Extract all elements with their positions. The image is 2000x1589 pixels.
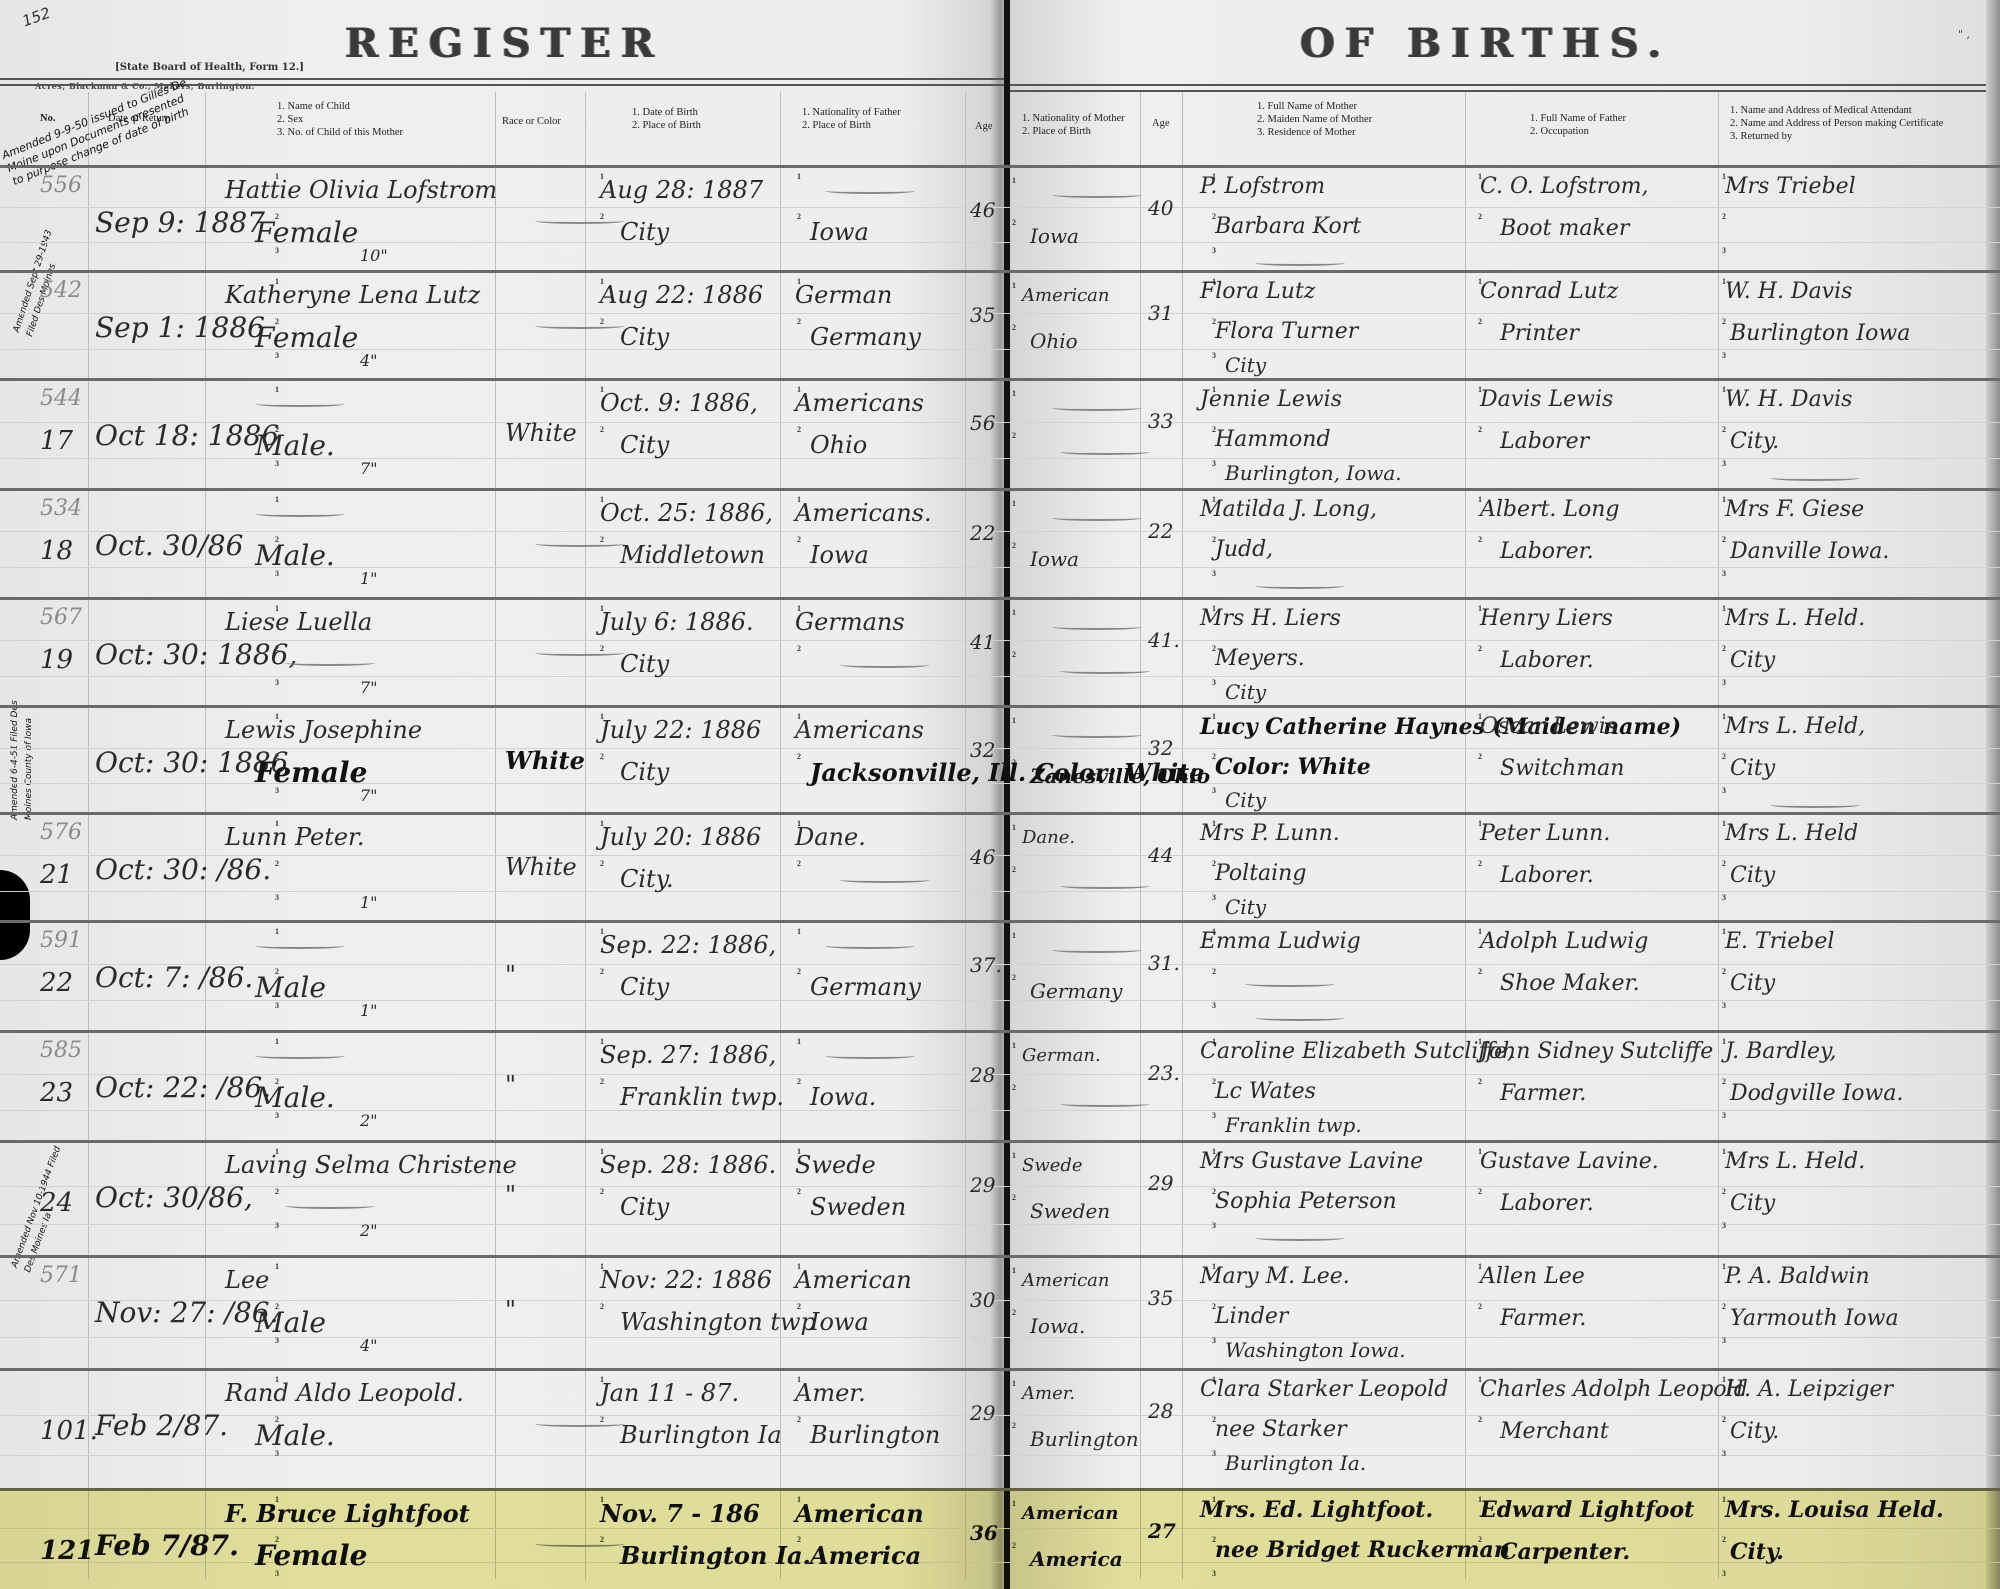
- header-birth: 1. Date of Birth2. Place of Birth: [632, 106, 701, 132]
- cell-certifier: City: [1730, 971, 1775, 996]
- cell-mother-birthplace: Iowa.: [1030, 1314, 1085, 1338]
- cell-father-nat: American: [795, 1266, 912, 1294]
- cell-attendant: Mrs Triebel: [1725, 174, 1856, 199]
- header-father-nationality: 1. Nationality of Father2. Place of Birt…: [802, 106, 901, 132]
- cell-father-name: C. O. Lofstrom,: [1480, 174, 1649, 199]
- line-marker: 1: [1012, 1151, 1016, 1160]
- cell-mother-birthplace: America: [1030, 1547, 1123, 1571]
- line-marker: 2: [1012, 973, 1016, 982]
- line-marker: 3: [1722, 1569, 1726, 1578]
- cell-father-name: Gustave Lavine.: [1480, 1149, 1659, 1174]
- line-marker: 2: [600, 967, 604, 976]
- cell-mother-name: Mrs Gustave Lavine: [1200, 1149, 1423, 1174]
- header-no: No.: [40, 112, 55, 125]
- line-marker: 3: [1212, 1336, 1216, 1345]
- line-marker: 1: [1012, 931, 1016, 940]
- line-marker: 2: [1722, 752, 1726, 761]
- cell-mother-maiden: Judd,: [1215, 537, 1273, 562]
- cell-mother-residence: City: [1225, 680, 1266, 704]
- cell-father-occupation: Printer: [1500, 321, 1579, 346]
- line-marker: 1: [1012, 608, 1016, 617]
- cell-father-age: 56: [970, 411, 995, 435]
- cell-father-birthplace: Germany: [810, 323, 921, 351]
- line-marker: 2: [1722, 967, 1726, 976]
- cell-child-name: Lewis Josephine: [225, 716, 422, 744]
- cell-attendant: Mrs L. Held.: [1725, 1149, 1865, 1174]
- cell-father-age: 29: [970, 1173, 995, 1197]
- cell-mother-name: Caroline Elizabeth Sutcliffe,: [1200, 1039, 1514, 1064]
- table-row: 12312121212312123571Nov: 27: /86.LeeMale…: [0, 1255, 2000, 1368]
- cell-father-nat: Germans: [795, 608, 905, 636]
- cell-mother-residence: Burlington, Iowa.: [1225, 461, 1402, 485]
- cell-child-no: 7": [360, 678, 378, 697]
- cell-faint-no: 576: [40, 820, 82, 845]
- cell-mother-age: 31: [1148, 301, 1173, 325]
- line-marker: 2: [797, 425, 801, 434]
- cell-mother-maiden: Poltaing: [1215, 861, 1306, 886]
- cell-father-nat: German: [795, 281, 892, 309]
- cell-birth-date: Oct. 25: 1886,: [600, 499, 773, 527]
- cell-date-of-return: Oct 18: 1886: [95, 419, 279, 452]
- cell-birth-place: Washington twp: [620, 1308, 816, 1336]
- cell-mother-nat: Swede: [1022, 1155, 1083, 1176]
- line-marker: 1: [1012, 1041, 1016, 1050]
- cell-father-birthplace: Germany: [810, 973, 921, 1001]
- line-marker: 2: [797, 1187, 801, 1196]
- ditto-dash: [1255, 1015, 1345, 1021]
- line-marker: 2: [600, 1077, 604, 1086]
- line-marker: 2: [1722, 644, 1726, 653]
- line-marker: 1: [1012, 823, 1016, 832]
- cell-father-occupation: Laborer.: [1500, 1191, 1594, 1216]
- cell-father-nat: Dane.: [795, 823, 866, 851]
- line-marker: 3: [1722, 1001, 1726, 1010]
- line-marker: 3: [1212, 1569, 1216, 1578]
- cell-birth-date: Nov. 7 - 186: [600, 1499, 760, 1528]
- cell-father-age: 30: [970, 1288, 995, 1312]
- ruled-line: [0, 855, 2000, 856]
- cell-father-nat: Amer.: [795, 1379, 866, 1407]
- line-marker: 2: [600, 752, 604, 761]
- cell-birth-date: July 20: 1886: [600, 823, 761, 851]
- ditto-dash: [1255, 1235, 1345, 1241]
- ditto-dash: [255, 401, 345, 407]
- cell-mother-age: 33: [1148, 409, 1173, 433]
- cell-birth-date: Sep. 27: 1886,: [600, 1041, 776, 1069]
- ditto-dash: [255, 511, 345, 517]
- cell-mother-nat: American: [1022, 285, 1110, 306]
- header-attendant: 1. Name and Address of Medical Attendant…: [1730, 104, 1943, 143]
- header-mother-age: Age: [1152, 117, 1170, 130]
- line-marker: 1: [1012, 281, 1016, 290]
- cell-certifier: City: [1730, 648, 1775, 673]
- table-row: 1231212121231212359122Oct: 7: /86.Male1"…: [0, 920, 2000, 1030]
- cell-attendant: Mrs L. Held: [1725, 821, 1858, 846]
- cell-father-occupation: Laborer: [1500, 429, 1589, 454]
- cell-mother-residence: Franklin twp.: [1225, 1113, 1362, 1137]
- cell-date-of-return: Oct: 7: /86.: [95, 961, 253, 994]
- ruled-line: [0, 1415, 2000, 1416]
- cell-mother-residence: City: [1225, 895, 1266, 919]
- table-row: 12312121212312123Oct: 30: 1886Lewis Jose…: [0, 705, 2000, 812]
- cell-father-occupation: Shoe Maker.: [1500, 971, 1640, 996]
- cell-child-no: 2": [360, 1111, 378, 1130]
- ruled-line: [0, 531, 2000, 532]
- cell-attendant: J. Bardley,: [1725, 1039, 1837, 1064]
- cell-child-no: 10": [360, 246, 388, 265]
- line-marker: 1: [275, 385, 279, 394]
- cell-father-name: Charles Adolph Leopold: [1480, 1377, 1748, 1402]
- line-marker: 3: [1722, 569, 1726, 578]
- line-marker: 1: [1012, 499, 1016, 508]
- cell-father-nat: Swede: [795, 1151, 876, 1179]
- line-marker: 3: [1212, 1001, 1216, 1010]
- ditto-dash: [825, 188, 915, 194]
- line-marker: 1: [797, 172, 801, 181]
- cell-father-age: 37.: [970, 953, 1002, 977]
- cell-sex: Female: [255, 1539, 367, 1572]
- ruled-line: [0, 1300, 2000, 1301]
- line-marker: 3: [1722, 459, 1726, 468]
- line-marker: 2: [1478, 1415, 1482, 1424]
- line-marker: 2: [1478, 425, 1482, 434]
- cell-faint-no: 567: [40, 605, 82, 630]
- cell-father-occupation: Farmer.: [1500, 1081, 1586, 1106]
- ledger-scan: 152 REGISTER [State Board of Health, For…: [0, 0, 2000, 1589]
- line-marker: 2: [1722, 859, 1726, 868]
- ditto-dash: [1052, 947, 1142, 953]
- ditto-dash: [255, 943, 345, 949]
- cell-birth-place: City: [620, 650, 669, 678]
- cell-mother-maiden: Barbara Kort: [1215, 214, 1361, 239]
- cell-child-name: F. Bruce Lightfoot: [225, 1499, 470, 1528]
- cell-child-no: 1": [360, 569, 378, 588]
- page-number: 152: [20, 4, 53, 31]
- cell-mother-birthplace: Sweden: [1030, 1199, 1110, 1223]
- line-marker: 2: [1012, 865, 1016, 874]
- cell-no: 24: [40, 1188, 73, 1218]
- cell-mother-maiden: Linder: [1215, 1304, 1288, 1329]
- line-marker: 2: [1722, 535, 1726, 544]
- line-marker: 2: [1478, 317, 1482, 326]
- cell-birth-place: Burlington Ia.: [620, 1541, 811, 1570]
- title-of-births: OF BIRTHS.: [1300, 20, 1671, 67]
- cell-date-of-return: Feb 7/87.: [95, 1529, 239, 1562]
- cell-race: ": [505, 1071, 516, 1099]
- cell-birth-place: City: [620, 758, 669, 786]
- line-marker: 3: [1212, 1449, 1216, 1458]
- cell-date-of-return: Oct: 30: 1886,: [95, 638, 297, 671]
- line-marker: 3: [275, 893, 279, 902]
- cell-father-occupation: Merchant: [1500, 1419, 1609, 1444]
- cell-father-name: Henry Liers: [1480, 606, 1613, 631]
- cell-mother-maiden: Color: White: [1215, 754, 1371, 780]
- cell-child-name: Lunn Peter.: [225, 823, 365, 851]
- line-marker: 2: [1012, 1193, 1016, 1202]
- title-register: REGISTER: [345, 20, 664, 67]
- line-marker: 3: [1212, 351, 1216, 360]
- line-marker: 3: [1212, 459, 1216, 468]
- cell-father-birthplace: America: [810, 1541, 921, 1570]
- line-marker: 1: [1012, 176, 1016, 185]
- cell-child-no: 2": [360, 1221, 378, 1240]
- cell-child-name: Katheryne Lena Lutz: [225, 281, 480, 309]
- line-marker: 2: [1478, 1302, 1482, 1311]
- cell-mother-name: Flora Lutz: [1200, 279, 1315, 304]
- table-row: 12312121212312123101.Feb 2/87.Rand Aldo …: [0, 1368, 2000, 1488]
- cell-child-no: 7": [360, 786, 378, 805]
- cell-father-age: 46: [970, 845, 995, 869]
- cell-father-occupation: Switchman: [1500, 756, 1624, 781]
- line-marker: 3: [1722, 246, 1726, 255]
- cell-faint-no: 585: [40, 1038, 82, 1063]
- cell-father-occupation: Boot maker: [1500, 216, 1629, 241]
- line-marker: 2: [1478, 644, 1482, 653]
- ditto-dash: [825, 943, 915, 949]
- cell-certifier: Danville Iowa.: [1730, 539, 1889, 564]
- cell-certifier: Yarmouth Iowa: [1730, 1306, 1899, 1331]
- cell-faint-no: 534: [40, 496, 82, 521]
- ditto-dash: [535, 541, 625, 547]
- line-marker: 3: [1722, 1221, 1726, 1230]
- line-marker: 2: [1478, 967, 1482, 976]
- cell-birth-place: City: [620, 1193, 669, 1221]
- cell-mother-age: 28: [1148, 1399, 1173, 1423]
- cell-mother-residence: Washington Iowa.: [1225, 1338, 1406, 1362]
- table-row: 1231212121231212353418Oct. 30/86Male.1"O…: [0, 488, 2000, 597]
- cell-father-birthplace: Iowa: [810, 541, 869, 569]
- cell-attendant: Mrs. Louisa Held.: [1725, 1497, 1944, 1523]
- cell-date-of-return: Sep 1: 1886: [95, 311, 265, 344]
- cell-certifier: City: [1730, 1191, 1775, 1216]
- ditto-dash: [1770, 475, 1860, 481]
- line-marker: 3: [1722, 1111, 1726, 1120]
- cell-birth-date: Sep. 28: 1886.: [600, 1151, 776, 1179]
- line-marker: 2: [600, 425, 604, 434]
- cell-mother-nat: Dane.: [1022, 827, 1075, 848]
- cell-mother-maiden: Sophia Peterson: [1215, 1189, 1397, 1214]
- cell-mother-birthplace: Germany: [1030, 979, 1122, 1003]
- cell-mother-residence: City: [1225, 353, 1266, 377]
- line-marker: 2: [1012, 323, 1016, 332]
- cell-birth-place: Burlington Ia: [620, 1421, 782, 1449]
- cell-father-birthplace: Iowa: [810, 1308, 869, 1336]
- line-marker: 1: [1012, 389, 1016, 398]
- cell-mother-name: Jennie Lewis: [1200, 387, 1342, 412]
- cell-birth-date: July 22: 1886: [600, 716, 761, 744]
- line-marker: 2: [1478, 1187, 1482, 1196]
- cell-no: 21: [40, 860, 73, 890]
- ditto-dash: [840, 877, 930, 883]
- ruled-line: [0, 676, 2000, 677]
- cell-certifier: City.: [1730, 1419, 1779, 1444]
- ditto-dash: [255, 1053, 345, 1059]
- cell-mother-residence: City: [1225, 788, 1266, 812]
- line-marker: 2: [1212, 967, 1216, 976]
- line-marker: 3: [1212, 1221, 1216, 1230]
- cell-certifier: City: [1730, 863, 1775, 888]
- line-marker: 1: [275, 927, 279, 936]
- cell-attendant: P. A. Baldwin: [1725, 1264, 1870, 1289]
- cell-mother-age: 41.: [1148, 628, 1180, 652]
- cell-father-age: 32: [970, 738, 995, 762]
- line-marker: 2: [797, 212, 801, 221]
- cell-mother-birthplace: Ohio: [1030, 329, 1078, 353]
- line-marker: 2: [797, 859, 801, 868]
- cell-mother-maiden: Hammond: [1215, 427, 1331, 452]
- line-marker: 2: [1478, 859, 1482, 868]
- ruled-line: [0, 748, 2000, 749]
- cell-mother-age: 32: [1148, 736, 1173, 760]
- line-marker: 2: [1722, 1415, 1726, 1424]
- cell-father-occupation: Laborer.: [1500, 539, 1594, 564]
- cell-attendant: H. A. Leipziger: [1725, 1377, 1893, 1402]
- ditto-dash: [1255, 260, 1345, 266]
- cell-birth-date: Oct. 9: 1886,: [600, 389, 758, 417]
- line-marker: 2: [1012, 1308, 1016, 1317]
- cell-no: 19: [40, 645, 73, 675]
- cell-sex: Male.: [255, 539, 335, 572]
- line-marker: 2: [797, 1415, 801, 1424]
- cell-birth-date: Nov: 22: 1886: [600, 1266, 772, 1294]
- line-marker: 2: [1478, 535, 1482, 544]
- cell-father-age: 29: [970, 1401, 995, 1425]
- ruled-line: [0, 891, 2000, 892]
- cell-mother-maiden: Lc Wates: [1215, 1079, 1316, 1104]
- line-marker: 1: [1012, 1379, 1016, 1388]
- cell-no: 17: [40, 426, 73, 456]
- line-marker: 2: [797, 967, 801, 976]
- ditto-dash: [285, 660, 375, 666]
- cell-father-name: Albert. Long: [1480, 497, 1619, 522]
- cell-father-birthplace: Ohio: [810, 431, 867, 459]
- ditto-dash: [1060, 449, 1150, 455]
- line-marker: 1: [275, 1262, 279, 1271]
- cell-father-birthplace: Sweden: [810, 1193, 906, 1221]
- line-marker: 2: [1012, 1421, 1016, 1430]
- ruled-line: [0, 640, 2000, 641]
- cell-mother-age: 35: [1148, 1286, 1173, 1310]
- cell-date-of-return: Feb 2/87.: [95, 1409, 228, 1442]
- ditto-dash: [1052, 405, 1142, 411]
- cell-mother-name: Emma Ludwig: [1200, 929, 1361, 954]
- line-marker: 2: [600, 859, 604, 868]
- cell-father-age: 28: [970, 1063, 995, 1087]
- cell-race: White: [505, 419, 577, 447]
- header-mother: 1. Full Name of Mother2. Maiden Name of …: [1257, 100, 1372, 139]
- line-marker: 2: [797, 644, 801, 653]
- line-marker: 2: [1722, 1302, 1726, 1311]
- cell-father-name: Peter Lunn.: [1480, 821, 1610, 846]
- cell-father-name: Conrad Lutz: [1480, 279, 1618, 304]
- line-marker: 1: [797, 927, 801, 936]
- ditto-dash: [1060, 668, 1150, 674]
- cell-child-name: Rand Aldo Leopold.: [225, 1379, 464, 1407]
- cell-no: 23: [40, 1078, 73, 1108]
- ditto-dash: [535, 1541, 625, 1547]
- cell-child-name: Laving Selma Christene: [225, 1151, 517, 1179]
- cell-mother-birthplace: Iowa: [1030, 224, 1079, 248]
- cell-mother-age: 31.: [1148, 951, 1180, 975]
- cell-father-birthplace: Burlington: [810, 1421, 940, 1449]
- ruled-line: [0, 207, 2000, 208]
- line-marker: 2: [1012, 218, 1016, 227]
- cell-mother-age: 29: [1148, 1171, 1173, 1195]
- line-marker: 3: [1722, 786, 1726, 795]
- line-marker: 3: [1212, 569, 1216, 578]
- cell-child-name: Hattie Olivia Lofstrom: [225, 176, 497, 204]
- line-marker: 2: [1722, 212, 1726, 221]
- ruled-line: [0, 313, 2000, 314]
- cell-father-occupation: Laborer.: [1500, 863, 1594, 888]
- ditto-dash: [535, 1421, 625, 1427]
- line-marker: 2: [600, 1302, 604, 1311]
- line-marker: 3: [1212, 678, 1216, 687]
- cell-birth-date: July 6: 1886.: [600, 608, 754, 636]
- line-marker: 3: [1212, 893, 1216, 902]
- table-row: 1231212121231212354417Oct 18: 1886Male.7…: [0, 378, 2000, 488]
- line-marker: 2: [1478, 752, 1482, 761]
- cell-mother-age: 27: [1148, 1519, 1176, 1543]
- line-marker: 1: [1012, 716, 1016, 725]
- ditto-dash: [1770, 802, 1860, 808]
- cell-child-no: 7": [360, 459, 378, 478]
- ditto-dash: [1255, 583, 1345, 589]
- cell-race: ": [505, 1181, 516, 1209]
- line-marker: 3: [1722, 351, 1726, 360]
- cell-mother-name: Mrs. Ed. Lightfoot.: [1200, 1497, 1433, 1523]
- cell-sex: Male.: [255, 429, 335, 462]
- header-child: 1. Name of Child2. Sex3. No. of Child of…: [277, 100, 403, 139]
- line-marker: 3: [1212, 246, 1216, 255]
- cell-birth-place: City: [620, 431, 669, 459]
- header-father: 1. Full Name of Father2. Occupation: [1530, 112, 1626, 138]
- cell-sex: Male.: [255, 1419, 335, 1452]
- cell-birth-date: Aug 28: 1887: [600, 176, 763, 204]
- cell-mother-name: Clara Starker Leopold: [1200, 1377, 1448, 1402]
- cell-certifier: City.: [1730, 429, 1779, 454]
- ruled-line: [0, 1074, 2000, 1075]
- cell-mother-maiden: Flora Turner: [1215, 319, 1358, 344]
- cell-sex: Male: [255, 1306, 326, 1339]
- cell-mother-nat: Amer.: [1022, 1383, 1075, 1404]
- line-marker: 3: [1722, 1449, 1726, 1458]
- cell-date-of-return: Sep 9: 1887: [95, 206, 265, 239]
- cell-mother-nat: American: [1022, 1270, 1110, 1291]
- cell-father-name: Davis Lewis: [1480, 387, 1613, 412]
- line-marker: 2: [1722, 1077, 1726, 1086]
- cell-father-nat: Americans.: [795, 499, 932, 527]
- header-mother-nationality: 1. Nationality of Mother2. Place of Birt…: [1022, 112, 1125, 138]
- cell-mother-maiden: nee Bridget Ruckerman: [1215, 1537, 1510, 1563]
- cell-date-of-return: Oct. 30/86: [95, 529, 243, 562]
- ditto-dash: [1052, 624, 1142, 630]
- ditto-dash: [535, 650, 625, 656]
- line-marker: 2: [275, 1187, 279, 1196]
- cell-attendant: W. H. Davis: [1725, 387, 1852, 412]
- cell-no: 18: [40, 536, 73, 566]
- cell-father-occupation: Carpenter.: [1500, 1539, 1630, 1565]
- cell-mother-residence: Burlington Ia.: [1225, 1451, 1366, 1475]
- cell-sex: Female: [255, 321, 358, 354]
- cell-birth-place: Franklin twp.: [620, 1083, 784, 1111]
- line-marker: 2: [1722, 425, 1726, 434]
- line-marker: 3: [1212, 786, 1216, 795]
- cell-birth-date: Aug 22: 1886: [600, 281, 763, 309]
- ditto-dash: [1052, 732, 1142, 738]
- cell-father-name: Oscar Lewis: [1480, 714, 1617, 739]
- table-row: 1231212121231212324Oct: 30/86,Laving Sel…: [0, 1140, 2000, 1255]
